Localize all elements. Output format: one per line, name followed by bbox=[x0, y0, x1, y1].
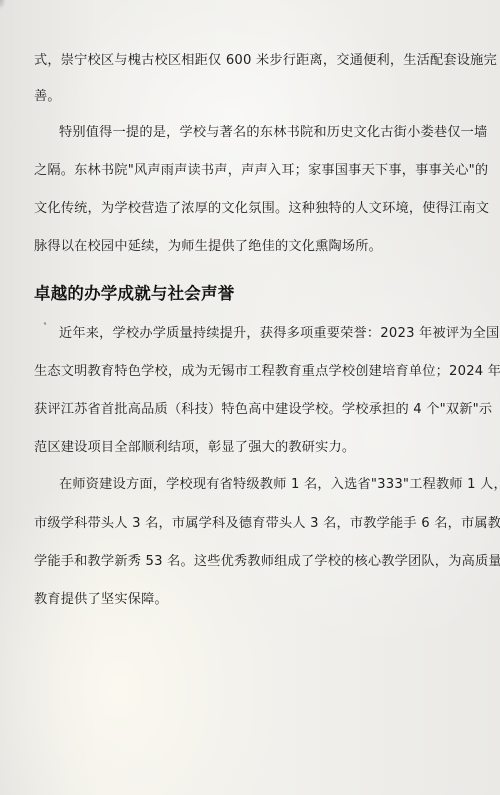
paragraph-line: 文化传统，为学校营造了浓厚的文化氛围。这种独特的人文环境，使得江南文 bbox=[34, 201, 489, 217]
paragraph-line: 学能手和教学新秀 53 名。这些优秀教师组成了学校的核心教学团队，为高质量 bbox=[34, 554, 500, 570]
paragraph-line: 近年来，学校办学质量持续提升，获得多项重要荣誉：2023 年被评为全国 bbox=[59, 326, 499, 342]
paragraph-line: 脉得以在校园中延续，为师生提供了绝佳的文化熏陶场所。 bbox=[34, 239, 382, 255]
paragraph-line: 在师资建设方面，学校现有省特级教师 1 名，入选省"333"工程教师 1 人， bbox=[59, 477, 500, 493]
paragraph-line: 之隔。东林书院"风声雨声读书声，声声入耳；家事国事天下事，事事关心"的 bbox=[34, 163, 488, 179]
paragraph-line: 式，崇宁校区与槐古校区相距仅 600 米步行距离，交通便利，生活配套设施完 bbox=[34, 53, 497, 69]
section-heading: 卓越的办学成就与社会声誉 bbox=[34, 284, 234, 304]
paragraph-line: 范区建设项目全部顺利结项，彰显了强大的教研实力。 bbox=[34, 440, 355, 456]
paragraph-line: 市级学科带头人 3 名，市属学科及德育带头人 3 名，市教学能手 6 名，市属教 bbox=[34, 516, 500, 532]
scanned-document-page: 式，崇宁校区与槐古校区相距仅 600 米步行距离，交通便利，生活配套设施完 善。… bbox=[0, 0, 500, 795]
paragraph-line: 生态文明教育特色学校，成为无锡市工程教育重点学校创建培育单位；2024 年 bbox=[34, 364, 500, 380]
paragraph-line: 特别值得一提的是，学校与著名的东林书院和历史文化古街小娄巷仅一墙 bbox=[59, 125, 487, 141]
paragraph-line: 善。 bbox=[34, 89, 61, 105]
scan-corner-mark bbox=[0, 0, 6, 10]
scan-speck bbox=[43, 322, 46, 326]
paragraph-line: 教育提供了坚实保障。 bbox=[34, 592, 168, 608]
paragraph-line: 获评江苏省首批高品质（科技）特色高中建设学校。学校承担的 4 个"双新"示 bbox=[34, 402, 492, 418]
